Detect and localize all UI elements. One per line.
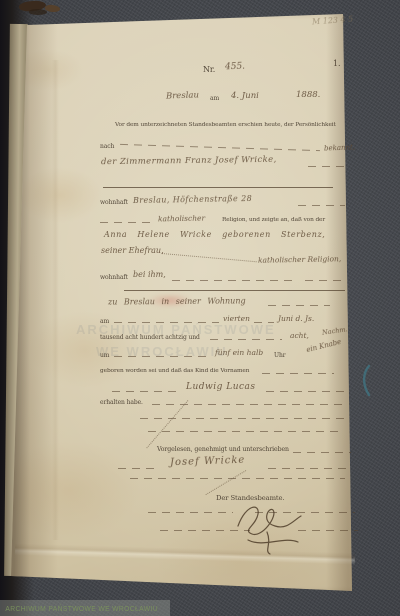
- registrar-signature-flourish: [230, 498, 312, 556]
- year-printed: tausend acht hundert achtzig und: [100, 334, 200, 341]
- archive-watermark-text: ARCHIWUM PAŃSTWOWE WE WROCŁAWIU: [0, 604, 158, 613]
- mother-name-hw: Anna Helene Wricke geborenen Sterbenz,: [104, 230, 325, 239]
- religion2-hw: katholischer Religion,: [258, 254, 341, 264]
- year-hw: acht,: [290, 331, 309, 340]
- birthmonth-hw: Juni d. Js.: [278, 314, 314, 323]
- born-printed: geboren worden sei und daß das Kind die …: [100, 368, 249, 374]
- binding-remnant: [29, 9, 47, 15]
- archival-pencil-note: M 123 4 5: [312, 15, 354, 27]
- ehefrau-hw: seiner Ehefrau,: [101, 246, 164, 255]
- record-no-label: Nr.: [203, 65, 215, 74]
- record-no-value: 455.: [225, 62, 245, 73]
- form-bekannt-hw: bekannt,: [324, 143, 355, 152]
- scanned-register-photo: ARCHIWUM PAŃSTWOWE WE WROCŁAWIU M 123 4 …: [0, 0, 400, 616]
- form-nach-printed: nach: [100, 143, 114, 150]
- am-label: am: [100, 318, 109, 325]
- blue-ink-mark: [358, 364, 374, 398]
- erhalten-printed: erhalten habe.: [100, 399, 143, 406]
- dateline-year: 1888.: [296, 90, 320, 100]
- wohnhaft2-label: wohnhaft: [100, 274, 128, 281]
- register-page: [0, 0, 400, 616]
- wohnhaft-label: wohnhaft: [100, 199, 128, 206]
- uhr-label: Uhr: [274, 352, 286, 359]
- binding-remnant: [45, 4, 60, 12]
- wohnhaft2-hw: bei ihm,: [133, 270, 166, 279]
- form-intro-printed: Vor dem unterzeichneten Standesbeamten e…: [115, 122, 336, 128]
- dateline-day: 4. Juni: [231, 91, 259, 101]
- birthday-hw: vierten: [223, 314, 250, 323]
- page-number: 1.: [333, 59, 340, 68]
- child-names-hw: Ludwig Lucas: [186, 382, 256, 392]
- archive-watermark-bar: ARCHIWUM PAŃSTWOWE WE WROCŁAWIU: [0, 600, 170, 616]
- hour-hw: fünf ein halb: [215, 348, 263, 357]
- vorgelesen-printed: Vorgelesen, genehmigt und unterschrieben: [157, 446, 289, 453]
- residence-hw: zu Breslau in seiner Wohnung: [108, 296, 246, 306]
- um-label: um: [100, 352, 109, 359]
- religion1-hw: katholischer: [158, 214, 205, 224]
- paper-crease-vertical: [52, 60, 59, 540]
- religion1-printed: Religion, und zeigte an, daß von der: [222, 217, 325, 223]
- dateline-place: Breslau: [166, 90, 199, 101]
- dateline-am-label: am: [210, 95, 219, 102]
